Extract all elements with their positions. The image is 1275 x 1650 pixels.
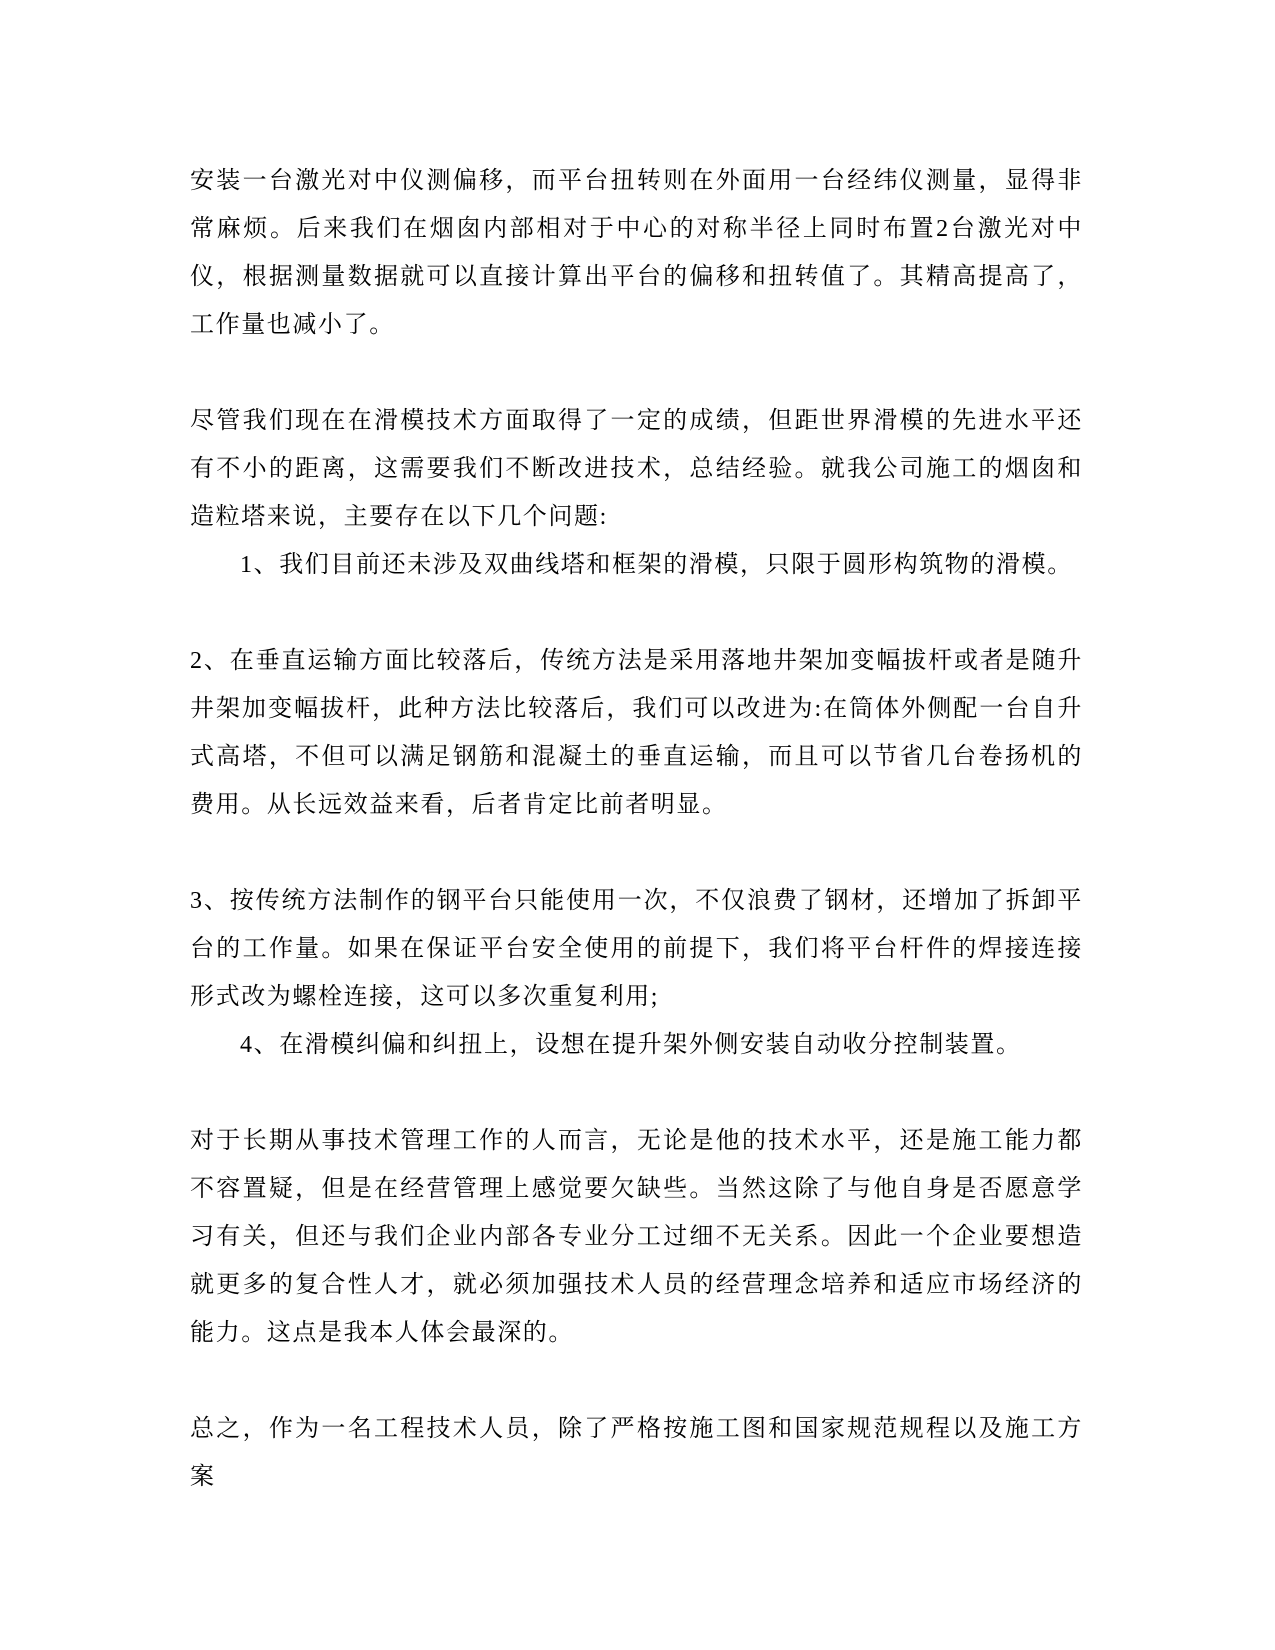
paragraph: 4、在滑模纠偏和纠扭上，设想在提升架外侧安装自动收分控制装置。 [190, 1021, 1083, 1069]
paragraph: 3、按传统方法制作的钢平台只能使用一次，不仅浪费了钢材，还增加了拆卸平台的工作量… [190, 877, 1083, 1021]
paragraph: 安装一台激光对中仪测偏移，而平台扭转则在外面用一台经纬仪测量，显得非常麻烦。后来… [190, 157, 1083, 349]
paragraph: 对于长期从事技术管理工作的人而言，无论是他的技术水平，还是施工能力都不容置疑，但… [190, 1117, 1083, 1357]
document-page: 安装一台激光对中仪测偏移，而平台扭转则在外面用一台经纬仪测量，显得非常麻烦。后来… [0, 0, 1275, 1650]
paragraph: 尽管我们现在在滑模技术方面取得了一定的成绩，但距世界滑模的先进水平还有不小的距离… [190, 397, 1083, 541]
document-body: 安装一台激光对中仪测偏移，而平台扭转则在外面用一台经纬仪测量，显得非常麻烦。后来… [190, 157, 1083, 1501]
paragraph: 总之，作为一名工程技术人员，除了严格按施工图和国家规范规程以及施工方案 [190, 1405, 1083, 1501]
paragraph: 1、我们目前还未涉及双曲线塔和框架的滑模，只限于圆形构筑物的滑模。 [190, 541, 1083, 589]
paragraph: 2、在垂直运输方面比较落后，传统方法是采用落地井架加变幅拔杆或者是随升井架加变幅… [190, 637, 1083, 829]
